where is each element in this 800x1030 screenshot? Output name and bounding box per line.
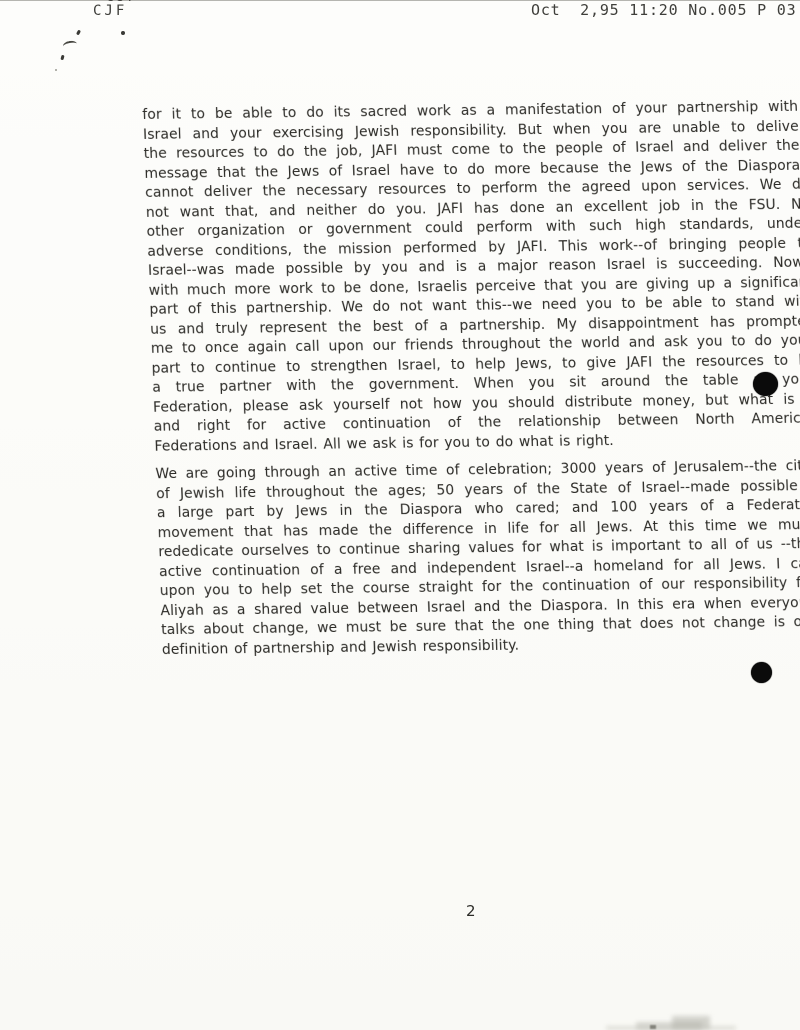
letter-body: for it to be able to do its sacred work … <box>142 98 800 660</box>
ink-dot-artifact-1 <box>753 372 778 396</box>
fax-page: CJF CJF Oct 2,95 11:20 No.005 P 03 for i… <box>0 0 800 1030</box>
bottom-smudge <box>650 1025 656 1029</box>
bottom-smudge <box>636 1022 702 1030</box>
scan-speck <box>121 31 125 35</box>
fax-header-timestamp: Oct 2,95 11:20 No.005 P 03 <box>531 1 796 19</box>
page-number: 2 <box>466 902 476 920</box>
bottom-smudge <box>606 1026 736 1030</box>
fax-header-station-id: CJF <box>93 3 127 19</box>
scan-speck <box>60 55 64 61</box>
scan-speck <box>76 30 81 36</box>
ink-dot-artifact-2 <box>751 662 772 683</box>
bottom-smudge <box>672 1016 710 1029</box>
scan-speck <box>55 69 57 71</box>
letter-paragraph-2: We are going through an active time of c… <box>155 457 800 660</box>
scan-speck <box>62 40 77 50</box>
letter-paragraph-1: for it to be able to do its sacred work … <box>142 98 800 457</box>
